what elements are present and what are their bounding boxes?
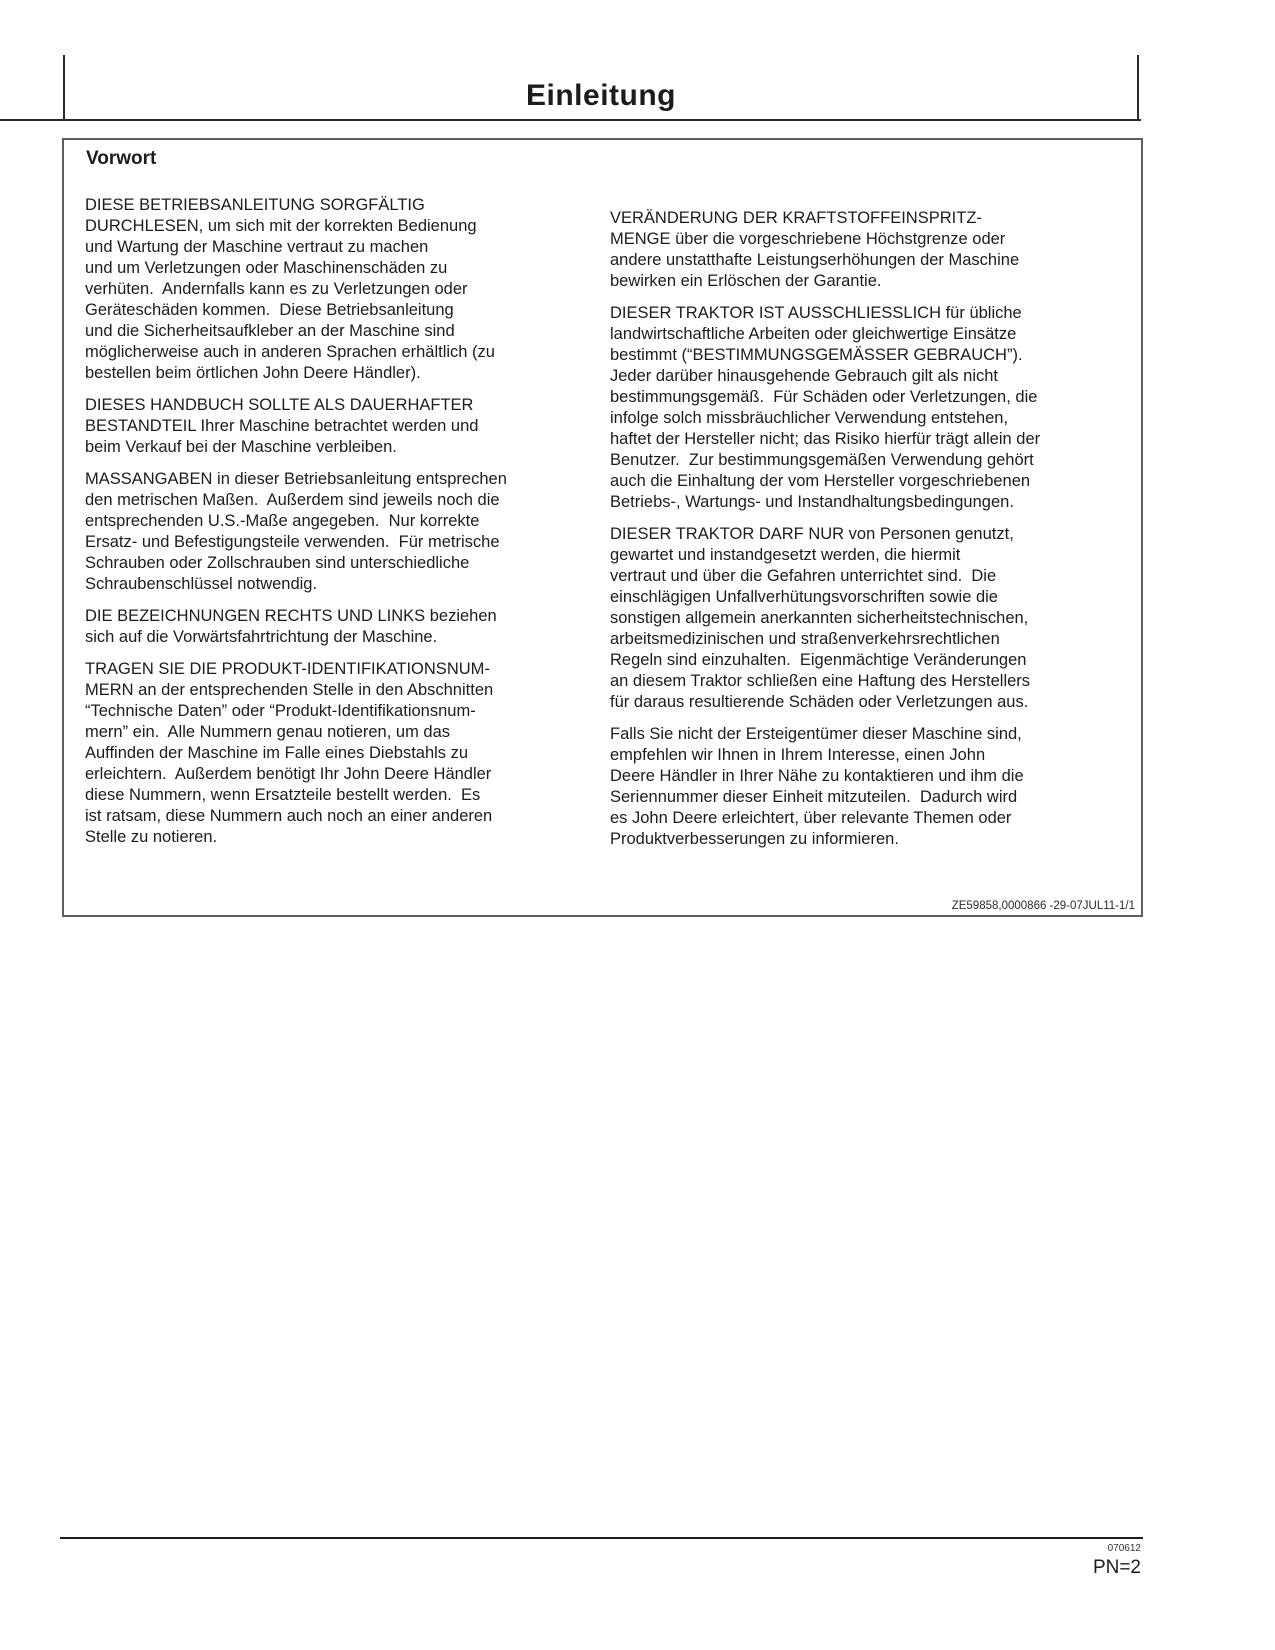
header-divider xyxy=(0,119,1141,121)
paragraph: MASSANGABEN in dieser Betriebsanleitung … xyxy=(85,469,582,595)
paragraph: DIESES HANDBUCH SOLLTE ALS DAUERHAFTER B… xyxy=(85,395,582,458)
left-column: DIESE BETRIEBSANLEITUNG SORGFÄLTIG DURCH… xyxy=(85,195,582,861)
paragraph: Falls Sie nicht der Ersteigentümer diese… xyxy=(610,724,1110,850)
page-header: Einleitung xyxy=(63,55,1139,119)
paragraph: DIESE BETRIEBSANLEITUNG SORGFÄLTIG DURCH… xyxy=(85,195,582,384)
section-heading: Vorwort xyxy=(86,148,156,170)
paragraph: VERÄNDERUNG DER KRAFTSTOFFEINSPRITZ- MEN… xyxy=(610,208,1110,292)
vorwort-section: Vorwort DIESE BETRIEBSANLEITUNG SORGFÄLT… xyxy=(62,138,1143,917)
page-number: PN=2 xyxy=(62,1557,1141,1579)
page-title: Einleitung xyxy=(526,79,676,119)
two-column-text: DIESE BETRIEBSANLEITUNG SORGFÄLTIG DURCH… xyxy=(85,195,1110,861)
footer-divider xyxy=(60,1537,1143,1539)
paragraph: DIE BEZEICHNUNGEN RECHTS UND LINKS bezie… xyxy=(85,606,582,648)
paragraph: DIESER TRAKTOR DARF NUR von Personen gen… xyxy=(610,524,1110,713)
print-date-code: 070612 xyxy=(62,1543,1141,1554)
right-column: VERÄNDERUNG DER KRAFTSTOFFEINSPRITZ- MEN… xyxy=(610,195,1110,861)
paragraph: TRAGEN SIE DIE PRODUKT-IDENTIFIKATIONSNU… xyxy=(85,659,582,848)
document-reference-code: ZE59858,0000866 -29-07JUL11-1/1 xyxy=(952,900,1135,912)
paragraph: DIESER TRAKTOR IST AUSSCHLIESSLICH für ü… xyxy=(610,303,1110,513)
